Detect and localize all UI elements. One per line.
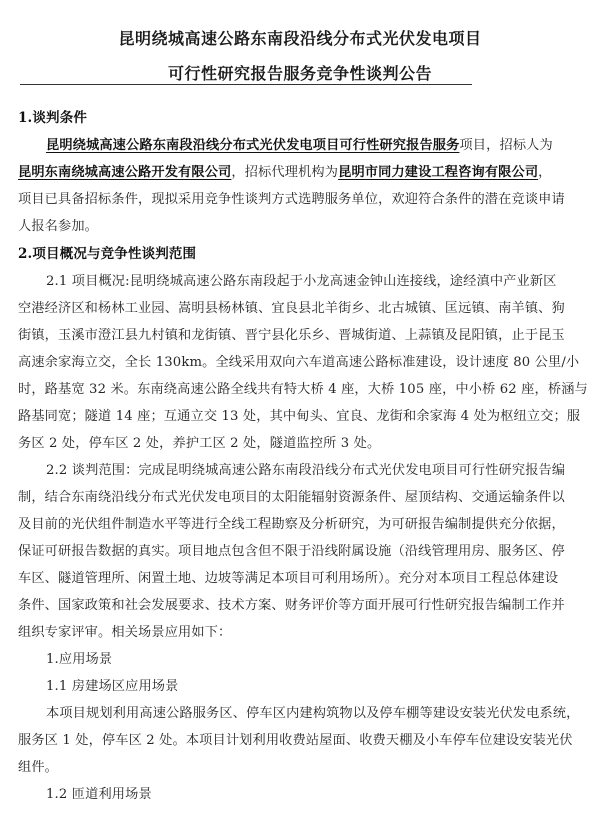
tenderer-name: 昆明东南绕城高速公路开发有限公司 <box>18 165 231 180</box>
section1-paragraph-line4: 人报名参加。 <box>18 215 498 234</box>
section1-paragraph-line3: 项目已具备招标条件，现拟采用竞争性谈判方式选聘服务单位，欢迎符合条件的潜在竞谈申… <box>18 188 498 207</box>
section1-paragraph-line1: 昆明绕城高速公路东南段沿线分布式光伏发电项目可行性研究报告服务项目，招标人为 <box>46 134 526 153</box>
p21-line: 务区 2 处，停车区 2 处，养护工区 2 处，隧道监控所 3 处。 <box>18 432 498 451</box>
section1-paragraph-line2: 昆明东南绕城高速公路开发有限公司，招标代理机构为昆明市同力建设工程咨询有限公司， <box>18 161 498 180</box>
p22-line: 保证可研报告数据的真实。项目地点包含但不限于沿线附属设施（沿线管理用房、服务区、… <box>18 540 498 559</box>
agent-name: 昆明市同力建设工程咨询有限公司 <box>338 165 538 180</box>
document-title-line1: 昆明绕城高速公路东南段沿线分布式光伏发电项目 <box>0 26 600 49</box>
sub11-line: 本项目规划利用高速公路服务区、停车区内建构筑物以及停车棚等建设安装光伏发电系统， <box>46 702 526 721</box>
document-title-line2: 可行性研究报告服务竞争性谈判公告 <box>0 61 600 84</box>
section2-heading: 2.项目概况与竞争性谈判范围 <box>18 242 498 262</box>
subsection-1-heading: 1.应用场景 <box>46 648 526 667</box>
p21-line: 空港经济区和杨林工业园、嵩明县杨林镇、宜良县北羊街乡、北古城镇、匡远镇、南羊镇、… <box>18 297 498 316</box>
p22-line: 车区、隧道管理所、闲置土地、边坡等满足本项目可利用场所）。充分对本项目工程总体建… <box>18 567 498 586</box>
subsection-1-2-heading: 1.2 匝道利用场景 <box>46 783 526 802</box>
p21-line: 高速余家海立交，全长 130km。全线采用双向六车道高速公路标准建设，设计速度 … <box>18 351 498 370</box>
p21-line: 街镇，玉溪市澄江县九村镇和龙街镇、晋宁县化乐乡、晋城街道、上蒜镇及昆阳镇，止于昆… <box>18 324 498 343</box>
p21-line: 路基同宽；隧道 14 座；互通立交 13 处，其中甸头、宜良、龙街和余家海 4 … <box>18 405 498 424</box>
p22-line: 组织专家评审。相关场景应用如下： <box>18 621 498 640</box>
p21-line: 时，路基宽 32 米。东南绕高速公路全线共有特大桥 4 座，大桥 105 座，中… <box>18 378 498 397</box>
subsection-1-1-heading: 1.1 房建场区应用场景 <box>46 675 526 694</box>
sub11-line: 组件。 <box>18 756 498 775</box>
p22-line: 条件、国家政策和社会发展要求、技术方案、财务评价等方面开展可行性研究报告编制工作… <box>18 594 498 613</box>
sub11-line: 服务区 1 处，停车区 2 处。本项目计划利用收费站屋面、收费天棚及小车停车位建… <box>18 729 498 748</box>
section1-heading: 1.谈判条件 <box>18 106 498 126</box>
p21-line: 2.1 项目概况:昆明绕城高速公路东南段起于小龙高速金钟山连接线，途经滇中产业新… <box>46 270 526 289</box>
p22-line: 2.2 谈判范围：完成昆明绕城高速公路东南段沿线分布式光伏发电项目可行性研究报告… <box>46 459 526 478</box>
p22-line: 及目前的光伏组件制造水平等进行全线工程勘察及分析研究，为可研报告编制提供充分依据… <box>18 513 498 532</box>
title-divider <box>20 84 472 85</box>
project-name: 昆明绕城高速公路东南段沿线分布式光伏发电项目可行性研究报告服务 <box>46 138 459 153</box>
p22-line: 制，结合东南绕沿线分布式光伏发电项目的太阳能辐射资源条件、屋顶结构、交通运输条件… <box>18 486 498 505</box>
